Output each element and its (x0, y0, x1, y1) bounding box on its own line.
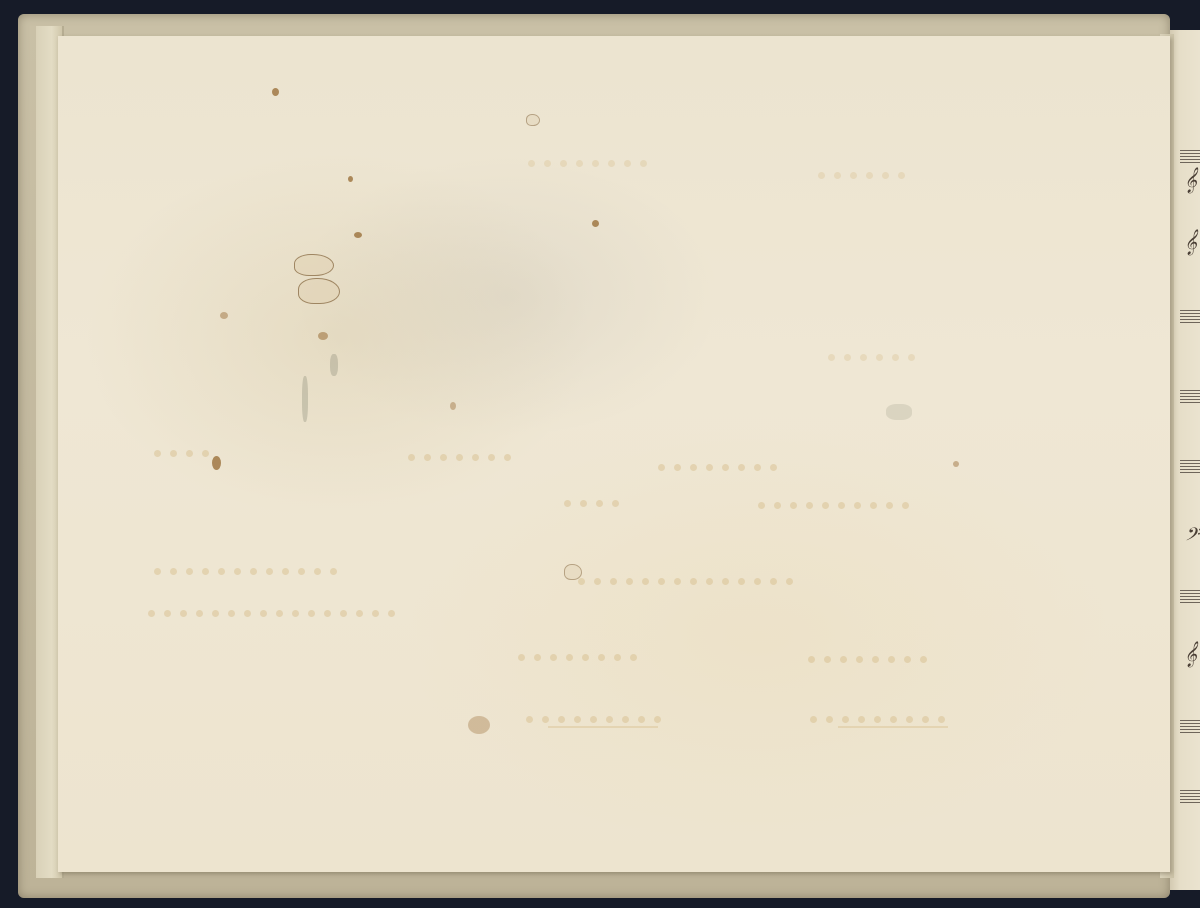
grey-streak (330, 354, 338, 376)
bleed-through-notes (810, 708, 954, 718)
water-stain (526, 114, 540, 126)
foxing-spot (953, 461, 959, 467)
foxing-spot (272, 88, 279, 96)
bleed-through-notes (828, 346, 924, 356)
bleed-through-notes (154, 560, 346, 570)
bleed-through-notes (808, 648, 936, 658)
bleed-through-notes (526, 708, 670, 718)
water-stain (298, 278, 340, 304)
bleed-through-notes (578, 570, 802, 580)
staff-lines (1180, 590, 1200, 604)
bleed-through-notes (408, 446, 520, 456)
foxing-spot (354, 232, 362, 238)
staff-lines (1180, 460, 1200, 474)
clef-icon: 𝄞 (1184, 168, 1197, 193)
staff-lines (1180, 390, 1200, 404)
bleed-through-notes (518, 646, 646, 656)
bleed-through-beam (548, 726, 658, 728)
clef-icon: 𝄞 (1184, 642, 1197, 667)
photo-scene: 𝄞 𝄞 𝄢 𝄞 (0, 0, 1200, 908)
foxing-spot (592, 220, 599, 227)
grey-streak (302, 376, 308, 422)
blank-manuscript-page (58, 36, 1170, 872)
foxing-spot (468, 716, 490, 734)
bleed-through-notes (658, 456, 786, 466)
grey-streak (886, 404, 912, 420)
bleed-through-notes (758, 494, 918, 504)
staff-lines (1180, 310, 1200, 324)
bleed-through-notes (154, 442, 218, 452)
foxing-spot (220, 312, 228, 319)
foxing-spot (450, 402, 456, 410)
staff-lines (1180, 790, 1200, 804)
foxing-spot (318, 332, 328, 340)
bleed-through-notes (818, 164, 914, 174)
bleed-through-beam (838, 726, 948, 728)
foxing-spot (212, 456, 221, 470)
bleed-through-notes (564, 492, 628, 502)
foxing-spot (348, 176, 353, 182)
clef-icon: 𝄞 (1184, 230, 1197, 255)
bleed-through-notes (528, 152, 656, 162)
bleed-through-notes (148, 602, 404, 612)
staff-lines (1180, 150, 1200, 164)
staff-lines (1180, 720, 1200, 734)
water-stain (294, 254, 334, 276)
clef-icon: 𝄢 (1184, 525, 1198, 550)
